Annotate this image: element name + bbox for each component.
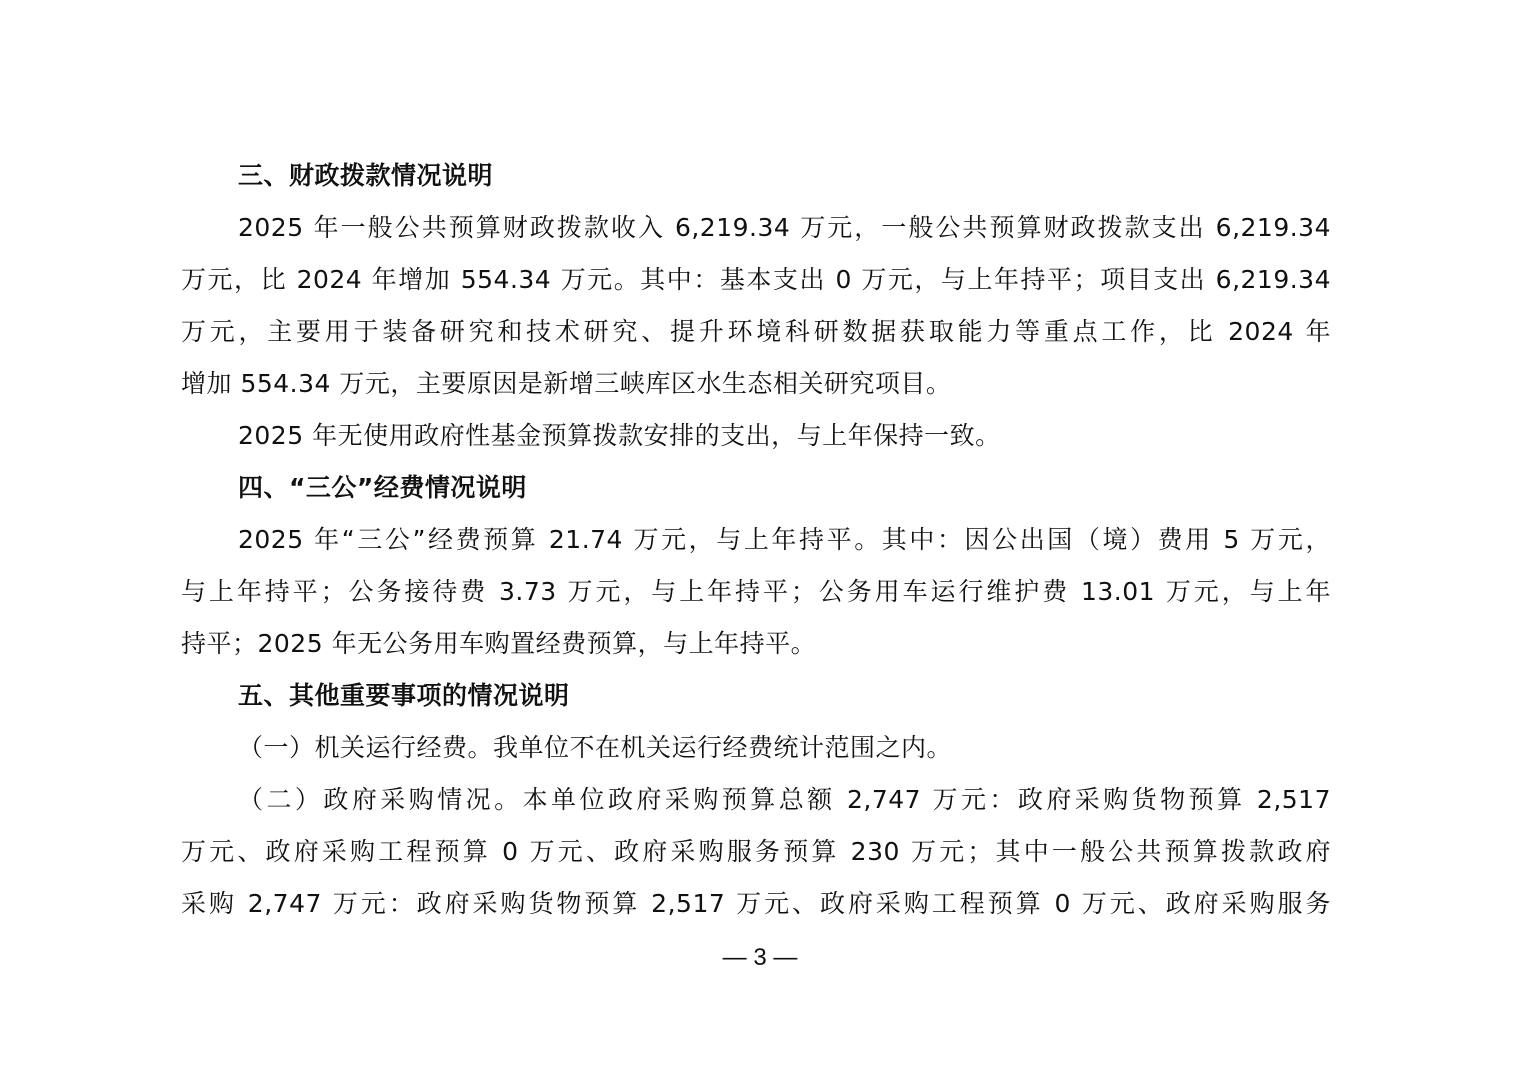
paragraph-line: 万元、政府采购工程预算 0 万元、政府采购服务预算 230 万元；其中一般公共预…: [181, 826, 1331, 878]
paragraph-line: 2025 年无使用政府性基金预算拨款安排的支出，与上年保持一致。: [238, 410, 1331, 462]
paragraph-line: 增加 554.34 万元，主要原因是新增三峡库区水生态相关研究项目。: [181, 358, 1331, 410]
section-heading-three-public-expenses: 四、“三公”经费情况说明: [238, 462, 1331, 514]
paragraph-line: 2025 年“三公”经费预算 21.74 万元，与上年持平。其中：因公出国（境）…: [238, 514, 1331, 566]
paragraph-line: 与上年持平；公务接待费 3.73 万元，与上年持平；公务用车运行维护费 13.0…: [181, 566, 1331, 618]
paragraph-line: 万元，比 2024 年增加 554.34 万元。其中：基本支出 0 万元，与上年…: [181, 254, 1331, 306]
page-number: — 3 —: [0, 940, 1520, 976]
paragraph-line: 采购 2,747 万元：政府采购货物预算 2,517 万元、政府采购工程预算 0…: [181, 878, 1331, 930]
section-heading-fiscal-appropriation: 三、财政拨款情况说明: [238, 150, 1331, 202]
paragraph-line: 2025 年一般公共预算财政拨款收入 6,219.34 万元，一般公共预算财政拨…: [238, 202, 1331, 254]
paragraph-line: （二）政府采购情况。本单位政府采购预算总额 2,747 万元：政府采购货物预算 …: [238, 774, 1331, 826]
paragraph-line: 持平；2025 年无公务用车购置经费预算，与上年持平。: [181, 618, 1331, 670]
paragraph-line: 万元，主要用于装备研究和技术研究、提升环境科研数据获取能力等重点工作，比 202…: [181, 306, 1331, 358]
paragraph-line: （一）机关运行经费。我单位不在机关运行经费统计范围之内。: [238, 722, 1331, 774]
section-heading-other-matters: 五、其他重要事项的情况说明: [238, 670, 1331, 722]
